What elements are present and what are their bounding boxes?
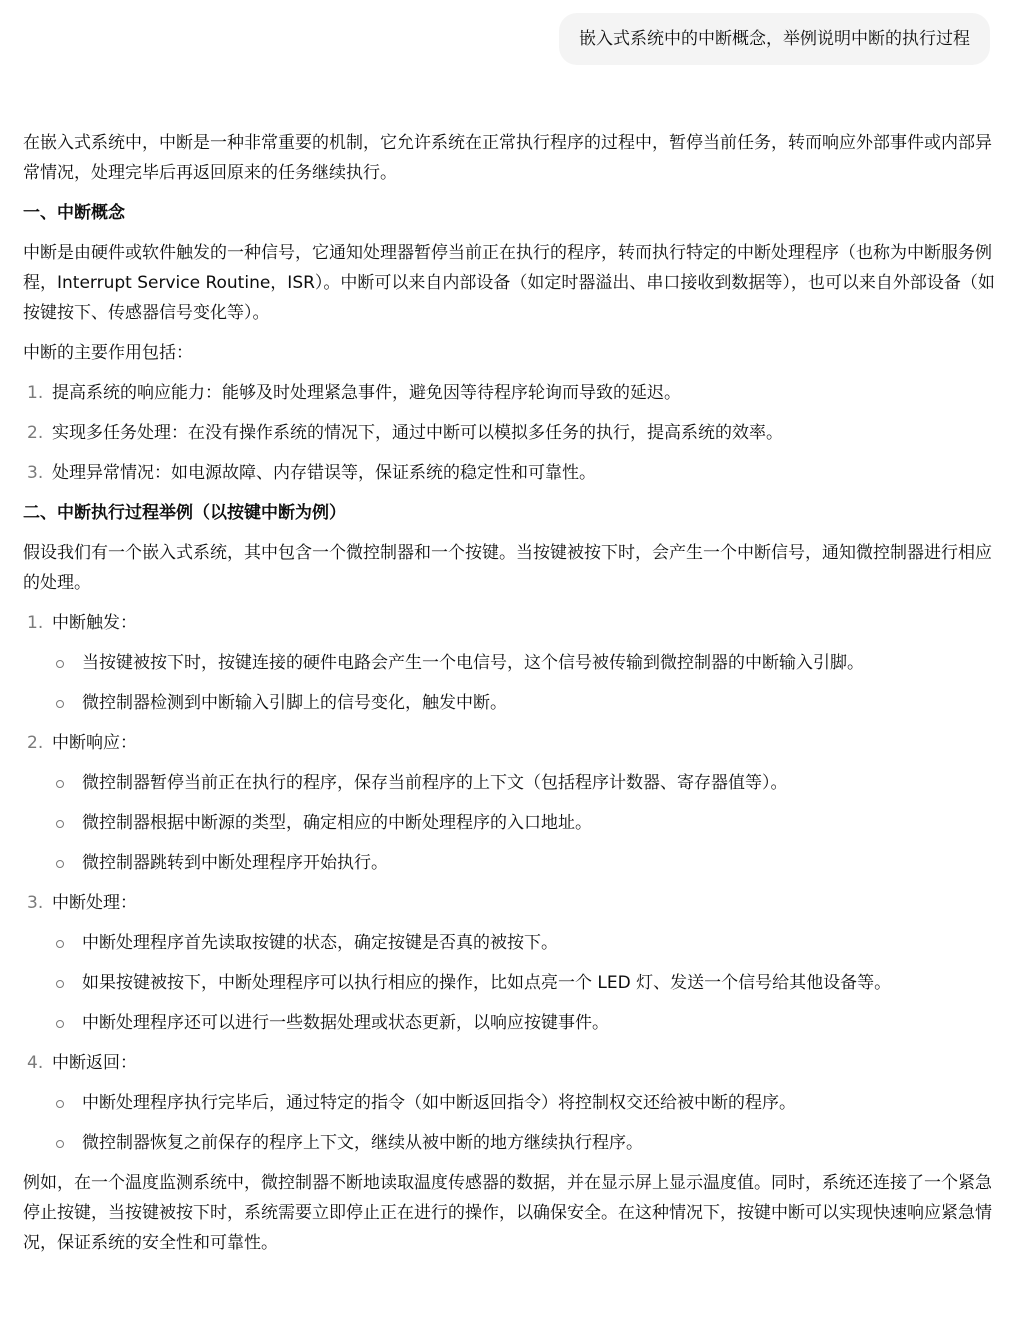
list-item-text: 提高系统的响应能力：能够及时处理紧急事件，避免因等待程序轮询而导致的延迟。 (52, 383, 681, 403)
sub-item-text: 微控制器根据中断源的类型，确定相应的中断处理程序的入口地址。 (82, 813, 592, 833)
hollow-bullet-icon (56, 700, 64, 708)
sub-item-text: 中断处理程序首先读取按键的状态，确定按键是否真的被按下。 (82, 933, 558, 953)
hollow-bullet-icon (56, 980, 64, 988)
roles-list: 1.提高系统的响应能力：能够及时处理紧急事件，避免因等待程序轮询而导致的延迟。 … (23, 378, 995, 488)
sub-list: 中断处理程序首先读取按键的状态，确定按键是否真的被按下。 如果按键被按下，中断处… (52, 928, 995, 1038)
sub-item-text: 微控制器暂停当前正在执行的程序，保存当前程序的上下文（包括程序计数器、寄存器值等… (82, 773, 788, 793)
list-number: 4. (27, 1048, 43, 1078)
sub-item: 如果按键被按下，中断处理程序可以执行相应的操作，比如点亮一个 LED 灯、发送一… (52, 968, 995, 998)
step-item: 1. 中断触发： 当按键被按下时，按键连接的硬件电路会产生一个电信号，这个信号被… (23, 608, 995, 718)
sub-item-text: 微控制器恢复之前保存的程序上下文，继续从被中断的地方继续执行程序。 (82, 1133, 643, 1153)
hollow-bullet-icon (56, 860, 64, 868)
sub-item: 微控制器检测到中断输入引脚上的信号变化，触发中断。 (52, 688, 995, 718)
steps-list: 1. 中断触发： 当按键被按下时，按键连接的硬件电路会产生一个电信号，这个信号被… (23, 608, 995, 1158)
sub-list: 中断处理程序执行完毕后，通过特定的指令（如中断返回指令）将控制权交还给被中断的程… (52, 1088, 995, 1158)
example-paragraph: 例如，在一个温度监测系统中，微控制器不断地读取温度传感器的数据，并在显示屏上显示… (23, 1168, 995, 1258)
sub-item: 微控制器跳转到中断处理程序开始执行。 (52, 848, 995, 878)
section-heading-concept: 一、中断概念 (23, 198, 995, 228)
list-item: 1.提高系统的响应能力：能够及时处理紧急事件，避免因等待程序轮询而导致的延迟。 (23, 378, 995, 408)
step-item: 4. 中断返回： 中断处理程序执行完毕后，通过特定的指令（如中断返回指令）将控制… (23, 1048, 995, 1158)
hollow-bullet-icon (56, 820, 64, 828)
hollow-bullet-icon (56, 1020, 64, 1028)
section-heading-example: 二、中断执行过程举例（以按键中断为例） (23, 498, 995, 528)
sub-item-text: 当按键被按下时，按键连接的硬件电路会产生一个电信号，这个信号被传输到微控制器的中… (82, 653, 864, 673)
step-item: 2. 中断响应： 微控制器暂停当前正在执行的程序，保存当前程序的上下文（包括程序… (23, 728, 995, 878)
list-number: 1. (27, 608, 43, 638)
hollow-bullet-icon (56, 660, 64, 668)
sub-list: 微控制器暂停当前正在执行的程序，保存当前程序的上下文（包括程序计数器、寄存器值等… (52, 768, 995, 878)
list-item-text: 实现多任务处理：在没有操作系统的情况下，通过中断可以模拟多任务的执行，提高系统的… (52, 423, 783, 443)
hollow-bullet-icon (56, 940, 64, 948)
list-number: 3. (27, 458, 43, 488)
sub-item: 中断处理程序还可以进行一些数据处理或状态更新，以响应按键事件。 (52, 1008, 995, 1038)
list-item: 2.实现多任务处理：在没有操作系统的情况下，通过中断可以模拟多任务的执行，提高系… (23, 418, 995, 448)
sub-item: 微控制器根据中断源的类型，确定相应的中断处理程序的入口地址。 (52, 808, 995, 838)
sub-item-text: 中断处理程序执行完毕后，通过特定的指令（如中断返回指令）将控制权交还给被中断的程… (82, 1093, 796, 1113)
step-title: 中断返回： (52, 1053, 137, 1073)
sub-item: 中断处理程序首先读取按键的状态，确定按键是否真的被按下。 (52, 928, 995, 958)
step-title: 中断触发： (52, 613, 137, 633)
step-item: 3. 中断处理： 中断处理程序首先读取按键的状态，确定按键是否真的被按下。 如果… (23, 888, 995, 1038)
list-number: 1. (27, 378, 43, 408)
list-item: 3.处理异常情况：如电源故障、内存错误等，保证系统的稳定性和可靠性。 (23, 458, 995, 488)
sub-item-text: 微控制器跳转到中断处理程序开始执行。 (82, 853, 388, 873)
list-number: 2. (27, 418, 43, 448)
list-item-text: 处理异常情况：如电源故障、内存错误等，保证系统的稳定性和可靠性。 (52, 463, 596, 483)
hollow-bullet-icon (56, 1140, 64, 1148)
step-title: 中断处理： (52, 893, 137, 913)
sub-item: 微控制器恢复之前保存的程序上下文，继续从被中断的地方继续执行程序。 (52, 1128, 995, 1158)
hollow-bullet-icon (56, 780, 64, 788)
sub-item-text: 如果按键被按下，中断处理程序可以执行相应的操作，比如点亮一个 LED 灯、发送一… (82, 973, 891, 993)
list-number: 3. (27, 888, 43, 918)
assistant-answer: 在嵌入式系统中，中断是一种非常重要的机制，它允许系统在正常执行程序的过程中，暂停… (23, 128, 995, 1268)
sub-item: 中断处理程序执行完毕后，通过特定的指令（如中断返回指令）将控制权交还给被中断的程… (52, 1088, 995, 1118)
list-number: 2. (27, 728, 43, 758)
intro-paragraph: 在嵌入式系统中，中断是一种非常重要的机制，它允许系统在正常执行程序的过程中，暂停… (23, 128, 995, 188)
scenario-paragraph: 假设我们有一个嵌入式系统，其中包含一个微控制器和一个按键。当按键被按下时，会产生… (23, 538, 995, 598)
sub-item: 当按键被按下时，按键连接的硬件电路会产生一个电信号，这个信号被传输到微控制器的中… (52, 648, 995, 678)
hollow-bullet-icon (56, 1100, 64, 1108)
user-message-row: 嵌入式系统中的中断概念，举例说明中断的执行过程 (559, 13, 990, 65)
sub-item: 微控制器暂停当前正在执行的程序，保存当前程序的上下文（包括程序计数器、寄存器值等… (52, 768, 995, 798)
sub-list: 当按键被按下时，按键连接的硬件电路会产生一个电信号，这个信号被传输到微控制器的中… (52, 648, 995, 718)
user-message-bubble: 嵌入式系统中的中断概念，举例说明中断的执行过程 (559, 13, 990, 65)
roles-intro: 中断的主要作用包括： (23, 338, 995, 368)
concept-paragraph: 中断是由硬件或软件触发的一种信号，它通知处理器暂停当前正在执行的程序，转而执行特… (23, 238, 995, 328)
sub-item-text: 中断处理程序还可以进行一些数据处理或状态更新，以响应按键事件。 (82, 1013, 609, 1033)
step-title: 中断响应： (52, 733, 137, 753)
sub-item-text: 微控制器检测到中断输入引脚上的信号变化，触发中断。 (82, 693, 507, 713)
